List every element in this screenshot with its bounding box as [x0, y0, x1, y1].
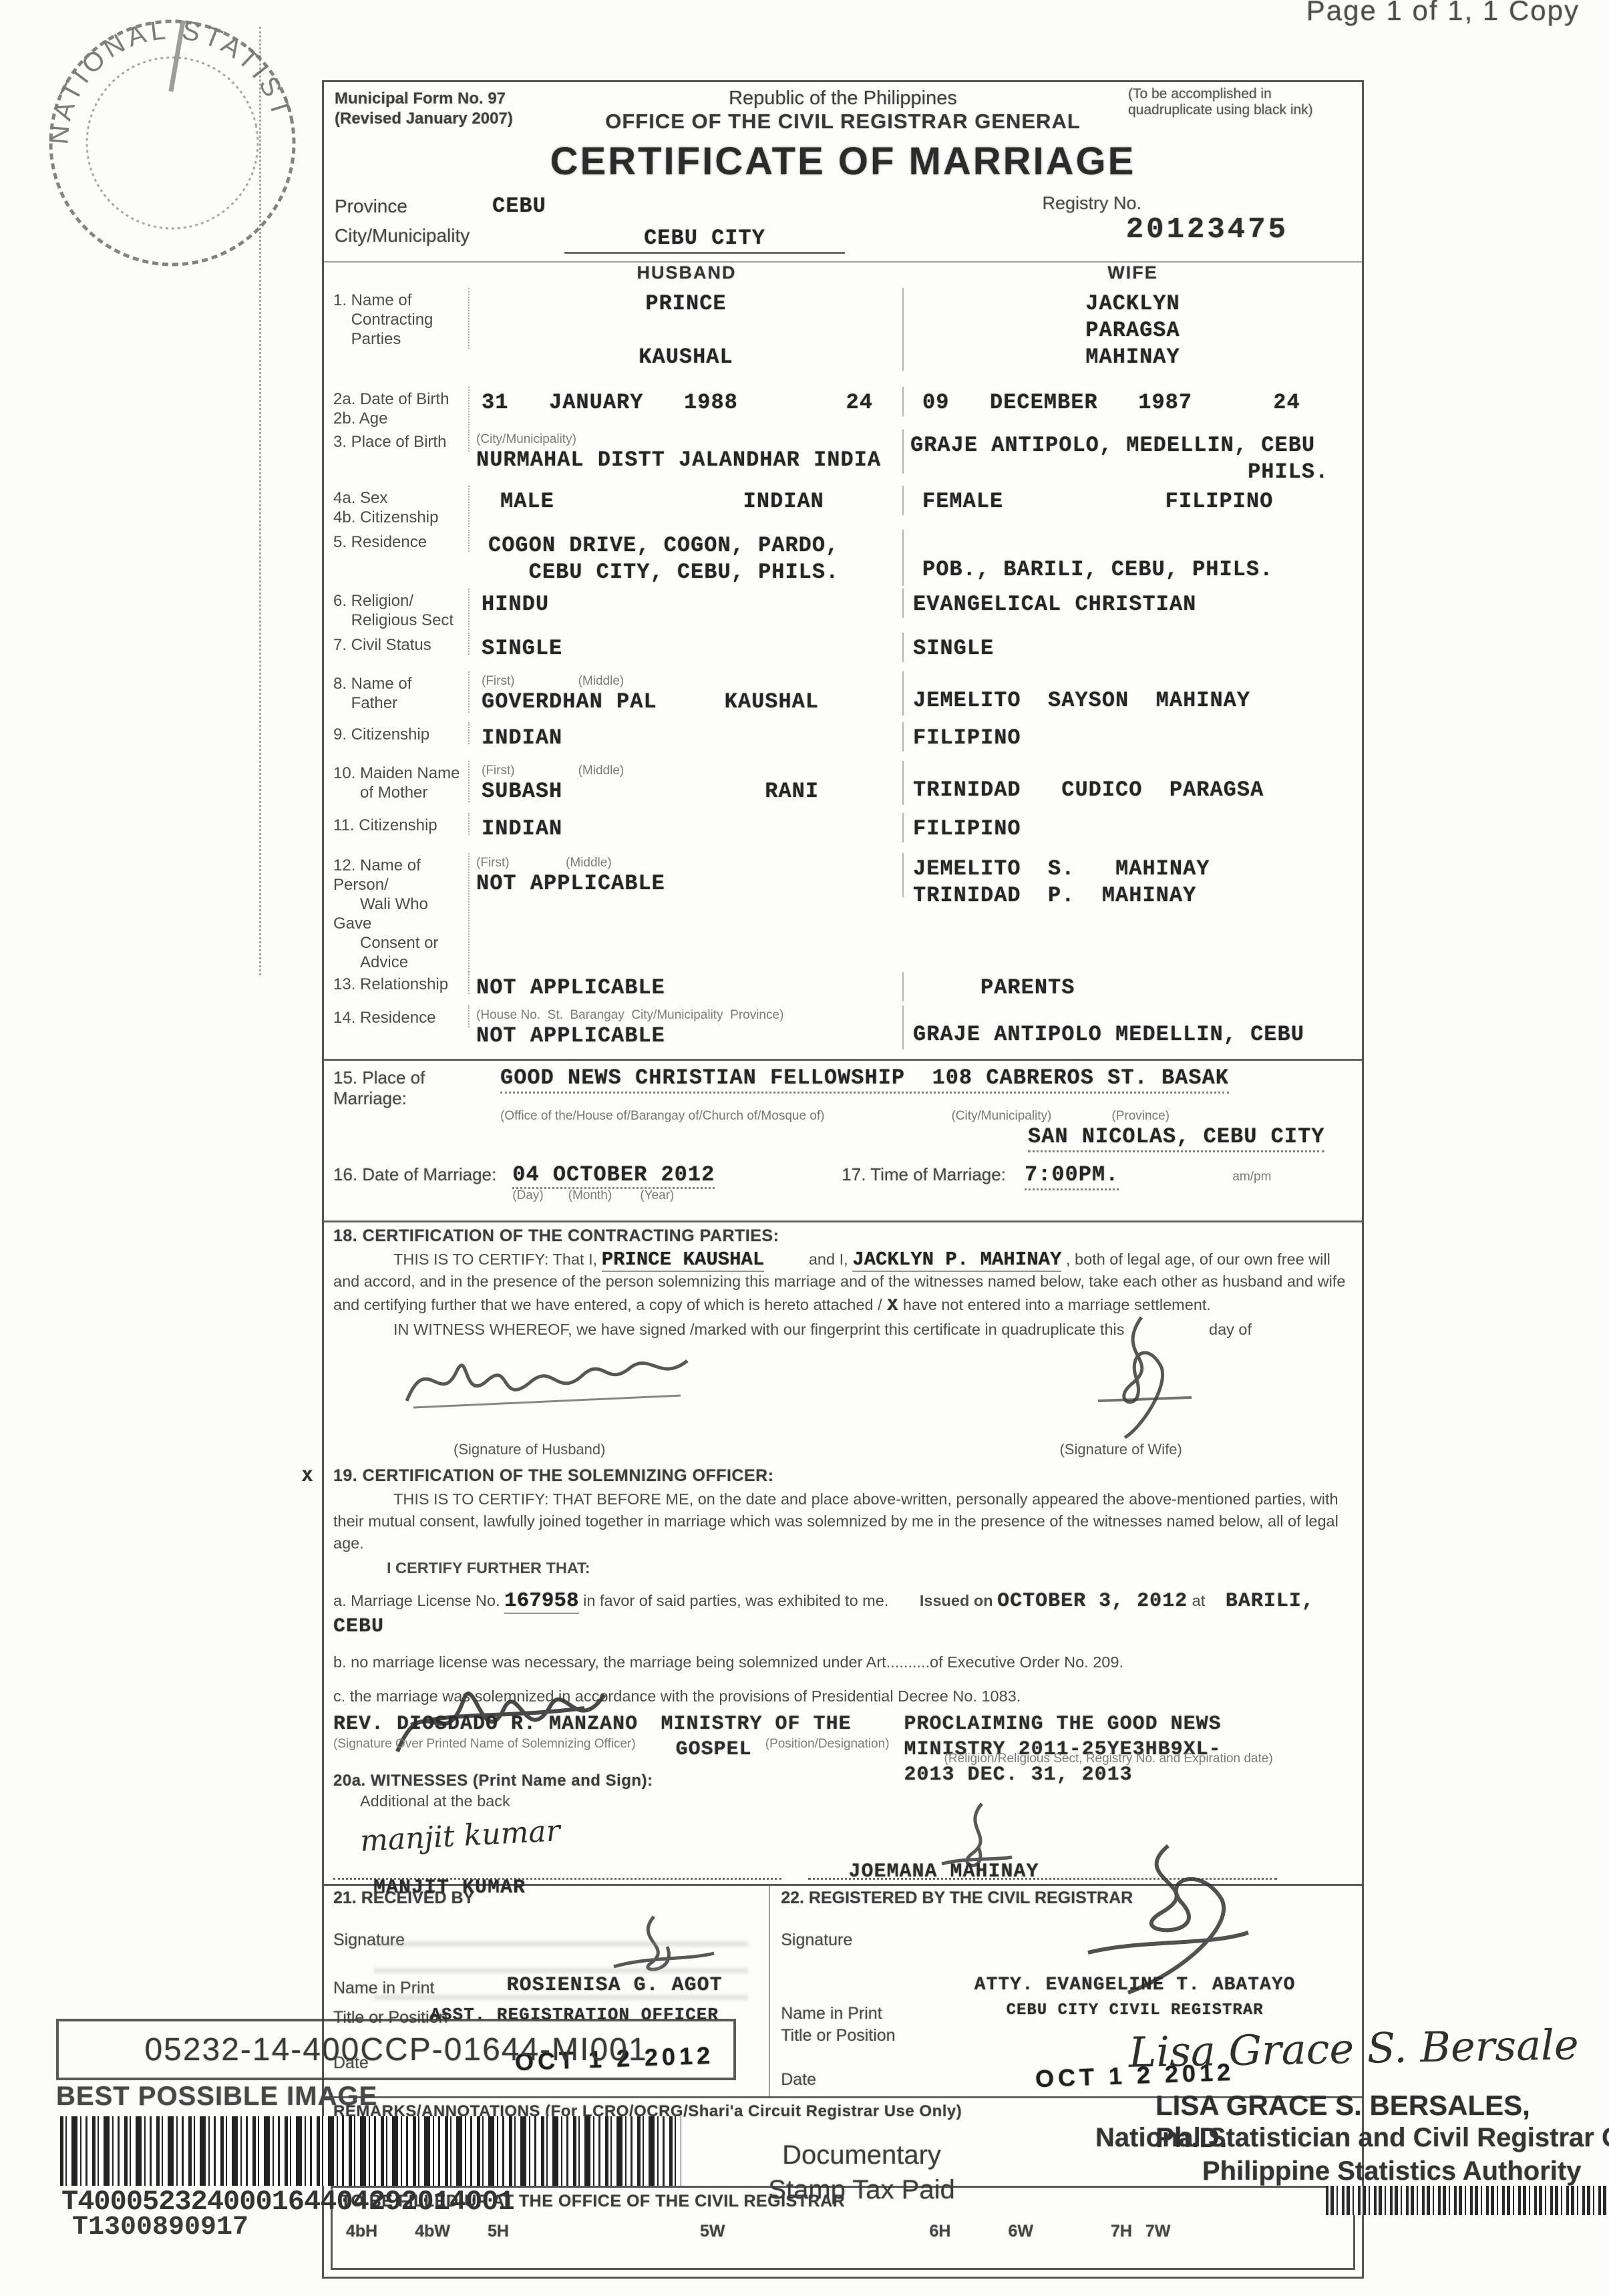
husband-signature-label: (Signature of Husband) [454, 1441, 605, 1458]
registrar-general-title: National Statistician and Civil Registra… [1095, 2123, 1609, 2153]
city-value: CEBU CITY [564, 225, 845, 254]
page-count-header: Page 1 of 1, 1 Copy [1306, 0, 1580, 27]
barcode-number-2: T1300890917 [72, 2212, 248, 2243]
code-6H: 6H [929, 2222, 950, 2241]
date-time-of-marriage-section: 16. Date of Marriage: 04 OCTOBER 2012 (D… [324, 1156, 1362, 1220]
cert18-husband-name: PRINCE KAUSHAL [602, 1249, 765, 1272]
province-value: CEBU [492, 193, 546, 220]
table-row: 9. Citizenship INDIAN FILIPINO [324, 722, 1362, 761]
cert18-heading: 18. CERTIFICATION OF THE CONTRACTING PAR… [333, 1226, 1353, 1246]
place-hint-city: (City/Municipality) [951, 1109, 1051, 1124]
registry-no-value: 20123475 [1126, 213, 1288, 247]
scanned-marriage-certificate: Page 1 of 1, 1 Copy NATIONAL STATISTICS … [0, 0, 1609, 2296]
place-of-marriage-label: 15. Place of Marriage: [333, 1068, 500, 1109]
bleed-through-smudge [374, 1937, 748, 2009]
fillup-codes: 4bH 4bW 5H 5W 6H 6W 7H 7W [341, 2222, 1345, 2241]
fold-line [259, 27, 261, 975]
husband-column-header: HUSBAND [470, 263, 904, 288]
psa-mini-barcode [1326, 2186, 1609, 2215]
registered-title-label: Title or Position [781, 2026, 914, 2045]
table-row: 1. Name of Contracting Parties PRINCE KA… [324, 288, 1362, 387]
table-row: 4a. Sex 4b. Citizenship MALE INDIAN FEMA… [324, 486, 1362, 530]
witness2-typed-name: JOEMANA MAHINAY [848, 1859, 1039, 1884]
time-ampm-hint: am/pm [1232, 1170, 1271, 1184]
registered-name-label: Name in Print [781, 2004, 914, 2023]
officer-name-label: (Signature Over Printed Name of Solemniz… [333, 1737, 636, 1762]
religion-label: (Religion/Religious Sect, Registry No. a… [944, 1752, 1353, 1766]
cert19-heading: 19. CERTIFICATION OF THE SOLEMNIZING OFF… [333, 1466, 1353, 1486]
cert19-body: THIS IS TO CERTIFY: THAT BEFORE ME, on t… [333, 1488, 1353, 1554]
item-b-text: b. no marriage license was necessary, th… [333, 1651, 1353, 1673]
documentary-stamp-tax-note: Documentary Stamp Tax Paid [748, 2138, 975, 2207]
cert18-not-entered: have not entered into a marriage settlem… [903, 1296, 1211, 1313]
cert18-day-of: day of [1209, 1321, 1252, 1338]
certification-contracting-parties: 18. CERTIFICATION OF THE CONTRACTING PAR… [324, 1220, 1362, 1462]
issued-at-label: at [1192, 1592, 1206, 1609]
city-label: City/Municipality [335, 225, 470, 247]
registrar-general-signature: Lisa Grace S. Bersale [1128, 2020, 1579, 2077]
time-of-marriage-value: 7:00PM. [1025, 1162, 1119, 1190]
cert18-entered: have entered, a copy of which is hereto … [536, 1296, 882, 1313]
code-4bW: 4bW [415, 2222, 450, 2241]
place-hint-province: (Province) [1111, 1109, 1170, 1124]
psa-label: Philippine Statistics Authority [1202, 2156, 1581, 2186]
table-row: 12. Name of Person/ Wali Who Gave Consen… [324, 853, 1362, 972]
table-row: 8. Name of Father (First) (Middle) GOVER… [324, 671, 1362, 722]
officer-name: REV. DIOSDADO R. MANZANO [333, 1713, 638, 1736]
best-possible-image-label: BEST POSSIBLE IMAGE [56, 2082, 377, 2112]
code-7H: 7H [1111, 2222, 1132, 2241]
witness1-typed-name: MANJIT KUMAR [373, 1875, 526, 1901]
table-row: 11. Citizenship INDIAN FILIPINO [324, 813, 1362, 853]
parties-table: HUSBAND WIFE 1. Name of Contracting Part… [324, 261, 1362, 1059]
place-of-marriage-value: GOOD NEWS CHRISTIAN FELLOWSHIP 108 CABRE… [500, 1065, 1229, 1094]
place-of-marriage-city-value: SAN NICOLAS, CEBU CITY [1028, 1124, 1324, 1152]
form-header: Municipal Form No. 97 (Revised January 2… [324, 82, 1362, 261]
code-7W: 7W [1145, 2222, 1171, 2241]
code-5W: 5W [700, 2222, 725, 2241]
officer-position2: GOSPEL [676, 1737, 752, 1762]
place-hint-office: (Office of the/House of/Barangay of/Chur… [500, 1109, 824, 1124]
husband-signature [393, 1341, 701, 1421]
date-hints: (Day) (Month) (Year) [512, 1188, 715, 1203]
reference-code-box: 05232-14-400CCP-01644-MI001 [56, 2019, 736, 2080]
place-of-marriage-section: 15. Place of Marriage: GOOD NEWS CHRISTI… [324, 1059, 1362, 1156]
province-label: Province [335, 196, 407, 217]
certificate-title: CERTIFICATE OF MARRIAGE [324, 139, 1362, 184]
cert18-x-mark: x [886, 1292, 898, 1315]
officer-position: MINISTRY OF THE [661, 1713, 852, 1736]
table-row: 13. Relationship NOT APPLICABLE PARENTS [324, 972, 1362, 1005]
cert18-and: and I, [809, 1251, 848, 1268]
religion-line1: PROCLAIMING THE GOOD NEWS [904, 1711, 1353, 1737]
table-row: 6. Religion/ Religious Sect HINDU EVANGE… [324, 589, 1362, 633]
wife-signature-label: (Signature of Wife) [1059, 1441, 1182, 1458]
cert19-certify-further: I CERTIFY FURTHER THAT: [387, 1557, 1353, 1579]
code-4bH: 4bH [346, 2222, 377, 2241]
table-row: 14. Residence (House No. St. Barangay Ci… [324, 1005, 1362, 1059]
table-row: 10. Maiden Name of Mother (First) (Middl… [324, 761, 1362, 813]
cert18-wife-name: JACKLYN P. MAHINAY [852, 1249, 1061, 1272]
nso-round-stamp: NATIONAL STATISTICS OFFICE [41, 12, 303, 274]
cert18-both-of: , both of [1066, 1251, 1123, 1268]
issued-on-label: Issued on [920, 1592, 993, 1609]
officer-position-label: (Position/Designation) [765, 1737, 890, 1762]
cert18-witness-clause: IN WITNESS WHEREOF, we have signed /mark… [393, 1321, 1124, 1338]
item-a-x-mark: x [301, 1464, 313, 1486]
registered-date-label: Date [781, 2070, 914, 2090]
registrar-title-stamp: CEBU CITY CIVIL REGISTRAR [914, 1998, 1355, 2023]
cert18-intro: THIS IS TO CERTIFY: That I, [393, 1251, 597, 1268]
registrar-name-value: ATTY. EVANGELINE T. ABATAYO [974, 1975, 1296, 1995]
time-of-marriage-label: 17. Time of Marriage: [842, 1164, 1006, 1185]
wife-signature [1061, 1314, 1208, 1441]
witnesses-label: 20a. WITNESSES (Print Name and Sign): [333, 1772, 1353, 1790]
table-row: 5. Residence COGON DRIVE, COGON, PARDO, … [324, 530, 1362, 589]
date-of-marriage-value: 04 OCTOBER 2012 [512, 1162, 715, 1189]
registered-signature-label: Signature [781, 1931, 914, 1950]
table-row: 3. Place of Birth (City/Municipality) NU… [324, 430, 1362, 486]
witnesses-additional: Additional at the back [360, 1790, 1353, 1812]
table-row: 7. Civil Status SINGLE SINGLE [324, 633, 1362, 671]
table-row: 2a. Date of Birth 2b. Age 31 JANUARY 198… [324, 387, 1362, 430]
quadruplicate-note: (To be accomplished in quadruplicate usi… [1128, 86, 1355, 118]
item-a-text2: in favor of said parties, was exhibited … [583, 1592, 888, 1609]
wife-column-header: WIFE [904, 263, 1362, 288]
code-5H: 5H [488, 2222, 509, 2241]
registry-no-label: Registry No. [1042, 193, 1141, 214]
party-signatures [333, 1341, 1353, 1441]
date-of-marriage-label: 16. Date of Marriage: [333, 1164, 496, 1185]
solemnizing-officer-block: REV. DIOSDADO R. MANZANO MINISTRY OF THE… [324, 1711, 1362, 1772]
license-no: 167958 [504, 1589, 579, 1614]
item-a-text1: a. Marriage License No. [333, 1592, 500, 1609]
license-issue-date: OCTOBER 3, 2012 [997, 1590, 1188, 1613]
document-barcode [60, 2116, 681, 2186]
code-6W: 6W [1008, 2222, 1033, 2241]
